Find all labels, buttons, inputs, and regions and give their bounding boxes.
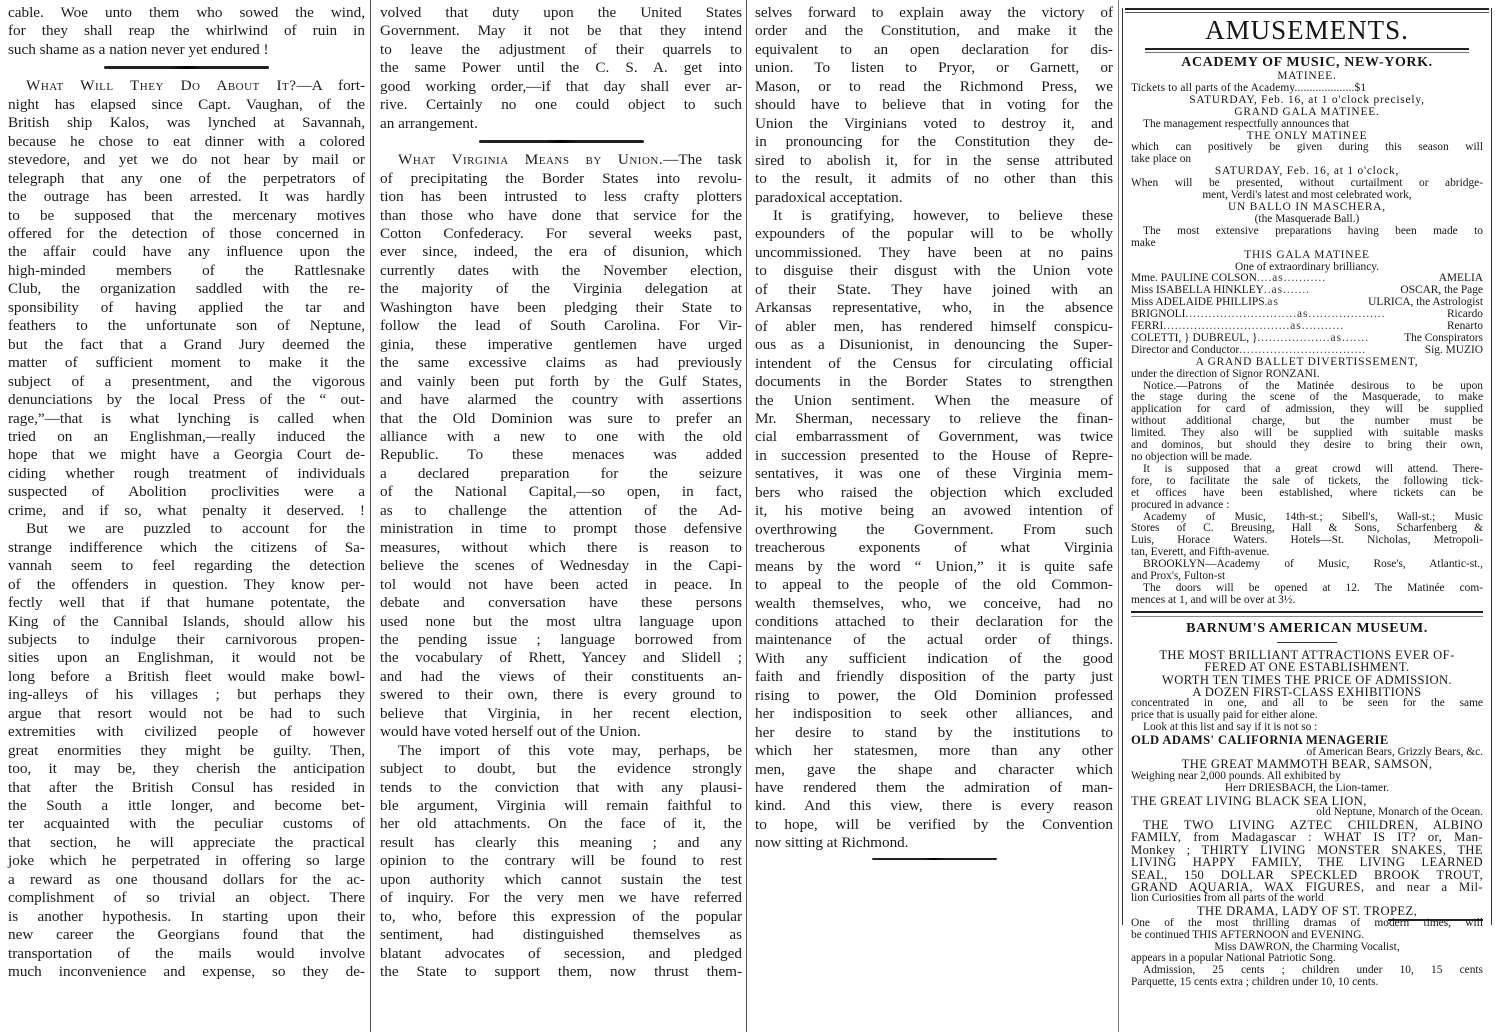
cast-list: Mme. PAULINE COLSON....as...........AMEL… <box>1131 273 1483 356</box>
text-line: argue that resort would not be had to su… <box>8 705 365 723</box>
text-line: the South a ittle longer, and become bet… <box>8 797 365 815</box>
text-line: ever since, indeed, the era of disunion,… <box>380 243 742 261</box>
text-line: new career the Georgians found that the <box>8 926 365 944</box>
barnum-heading: BARNUM'S AMERICAN MUSEUM. <box>1131 621 1483 637</box>
text-line: the majority of the Virginia delegation … <box>380 280 742 298</box>
text-line: to leave the adjustment of their quarrel… <box>380 41 742 59</box>
text-line: have rendered them the admiration of man… <box>755 779 1113 797</box>
text-line: an arrangement. <box>380 115 742 133</box>
text-line: What Will They Do About It?—A fort- <box>8 77 365 95</box>
text-line: which her statesmen, more than any other <box>755 742 1113 760</box>
text-line: the pending issue ; language borrowed fr… <box>380 631 742 649</box>
text-line: uncommissioned. They have been at no pai… <box>755 244 1113 262</box>
article-column-1: cable. Woe unto them who sowed the wind,… <box>8 4 365 982</box>
text-line: swered to their own, there is every grou… <box>380 686 742 704</box>
text-line: ginia, these imperative gentlemen have u… <box>380 336 742 354</box>
text-line: rive. Certainly no one could object to s… <box>380 96 742 114</box>
ad-text-line: mences at 1, and will be over at 3½. <box>1131 595 1483 607</box>
text-line: follow the lead of South Carolina. For V… <box>380 317 742 335</box>
text-line: believe the scenes of Wednesday in the C… <box>380 557 742 575</box>
ballet-direction: under the direction of Signor RONZANI. <box>1131 369 1483 381</box>
text-line: used none but the most ultra language up… <box>380 613 742 631</box>
doors-paragraph: The doors will be opened at 12. The Mati… <box>1131 583 1483 607</box>
text-line: in pronouncing for the Constitution they… <box>755 133 1113 151</box>
ad-text-line: FAMILY, from Madagascar : WHAT IS IT? or… <box>1131 831 1483 843</box>
barnum-museum-ad: BARNUM'S AMERICAN MUSEUM. THE MOST BRILL… <box>1123 621 1491 989</box>
text-line: the Union sentiment. When the measure of <box>755 392 1113 410</box>
text-line: bers who raised the objection which excl… <box>755 484 1113 502</box>
text-line: but the fact that a Grand Jury deemed th… <box>8 336 365 354</box>
text-line: documents in the Border States to streng… <box>755 373 1113 391</box>
text-line: volved that duty upon the United States <box>380 4 742 22</box>
text-line: stevedore, and yet we do not hear by mai… <box>8 151 365 169</box>
make-line: make <box>1131 238 1483 250</box>
text-line: and had the views of their constituents … <box>380 668 742 686</box>
text-line: to hope, will be verified by the Convent… <box>755 816 1113 834</box>
section-separator <box>872 858 997 860</box>
text-line: sentatives, it was one of these Virginia… <box>755 465 1113 483</box>
text-line: strange indifference which the citizens … <box>8 539 365 557</box>
notice-paragraph: Notice.—Patrons of the Matinée desirous … <box>1131 381 1483 464</box>
cast-leader: ...................as....... <box>1257 333 1404 345</box>
article-heading: What Will They Do About It? <box>26 77 297 94</box>
text-line: the State to support them, now thrust th… <box>380 963 742 981</box>
academy-of-music-ad: ACADEMY OF MUSIC, NEW-YORK. MATINEE. Tic… <box>1123 55 1491 607</box>
text-line: for they shall reap the whirlwind of rui… <box>8 22 365 40</box>
text-line: expounders of the popular will to be who… <box>755 225 1113 243</box>
text-line: to disguise their disgust with the Union… <box>755 262 1113 280</box>
text-line: tion has been intrusted to less crafty p… <box>380 188 742 206</box>
text-line: With any sufficient indication of the go… <box>755 650 1113 668</box>
text-line: blatant advocates of secession, and pled… <box>380 945 742 963</box>
text-line: ing-alleys of his villages ; but perhaps… <box>8 686 365 704</box>
this-gala-line: THIS GALA MATINEE <box>1131 250 1483 262</box>
text-line: and have alarmed the country with assert… <box>380 391 742 409</box>
section-separator <box>104 66 269 69</box>
article-paragraph: What Will They Do About It?—A fort-night… <box>8 77 365 520</box>
text-line: cable. Woe unto them who sowed the wind, <box>8 4 365 22</box>
text-line: cial embarrassment of Government, was tw… <box>755 428 1113 446</box>
short-rule <box>1277 642 1337 643</box>
text-line: the same Power until the C. S. A. get in… <box>380 59 742 77</box>
text-line: The import of this vote may, perhaps, be <box>380 742 742 760</box>
ad-text-line: et offices have been established, where … <box>1131 488 1483 500</box>
text-line: ble argument, Virginia will remain faith… <box>380 797 742 815</box>
cast-row: BRIGNOLI.............................as.… <box>1131 309 1483 321</box>
text-line: subject of a presentment, and the vigoro… <box>8 373 365 391</box>
end-rule <box>1388 919 1483 921</box>
article-paragraph: But we are puzzled to account for thestr… <box>8 520 365 981</box>
top-rule <box>1125 8 1489 10</box>
mammoth-line: THE GREAT MAMMOTH BEAR, SAMSON, <box>1131 758 1483 770</box>
text-line: faith and friendly disposition of the pa… <box>755 668 1113 686</box>
text-line: paradoxical acceptation. <box>755 189 1113 207</box>
text-line: treacherous exponents of what Virginia <box>755 539 1113 557</box>
text-line: tried on an Englishman,—really induced t… <box>8 428 365 446</box>
cast-leader: as <box>1267 297 1368 309</box>
text-line: her old attachments. On the face of it, … <box>380 815 742 833</box>
section-separator <box>479 140 644 143</box>
text-line: upon authority which cannot sustain the … <box>380 871 742 889</box>
ad-text-line: procured in advance : <box>1131 500 1483 512</box>
top-rule-thin <box>1125 12 1489 13</box>
text-line: alliance with a new to one with the old <box>380 428 742 446</box>
amusements-heading: AMUSEMENTS. <box>1123 15 1491 45</box>
text-line: opinion to the contrary will be found to… <box>380 852 742 870</box>
article-paragraph: volved that duty upon the United StatesG… <box>380 4 742 133</box>
text-line: night has elapsed since Capt. Vaughan, o… <box>8 96 365 114</box>
text-line: should have to believe that in voting fo… <box>755 96 1113 114</box>
section-rule <box>1131 611 1483 617</box>
text-line: measures, without which there is reason … <box>380 539 742 557</box>
column-rule <box>1118 0 1119 1032</box>
text-line: union. To listen to Pryor, or Garnett, o… <box>755 59 1113 77</box>
text-line: tol would not have been acted in peace. … <box>380 576 742 594</box>
text-line: extremities with civilized people of how… <box>8 723 365 741</box>
exhibitions-paragraph: THE TWO LIVING AZTEC CHILDREN, ALBINOFAM… <box>1131 819 1483 905</box>
text-line: tends to the conviction that with any pl… <box>380 779 742 797</box>
article-paragraph: What Virginia Means by Union.—The taskof… <box>380 151 742 742</box>
text-line: fectly well that if that humane potentat… <box>8 594 365 612</box>
article-paragraph: cable. Woe unto them who sowed the wind,… <box>8 4 365 59</box>
saturday-line: SATURDAY, Feb. 16, at 1 o'clock precisel… <box>1131 95 1483 107</box>
text-line: conditions attached to their declaration… <box>755 613 1113 631</box>
cast-name: Director and Conductor <box>1131 345 1239 357</box>
cast-leader: ................................. <box>1239 345 1425 357</box>
text-line: joke which he perpetrated in offering so… <box>8 852 365 870</box>
text-line: complishment of so trivial an object. Th… <box>8 889 365 907</box>
text-line: to appeal to the people of the old Commo… <box>755 576 1113 594</box>
text-line: in succession presented to the House of … <box>755 447 1113 465</box>
text-line: vannah seem to feel regarding the detect… <box>8 557 365 575</box>
text-line: a reward as one thousand dollars for the… <box>8 871 365 889</box>
text-line: hope that we might have a Georgia Court … <box>8 446 365 464</box>
text-line: rage,”—that is what lynching is called w… <box>8 410 365 428</box>
text-line: as to challenge the attention of the Ad- <box>380 502 742 520</box>
drama-line: THE DRAMA, LADY OF ST. TROPEZ, <box>1131 905 1483 917</box>
text-line: her indisposition to seek other alliance… <box>755 705 1113 723</box>
text-line: that the Old Dominion was sure to prefer… <box>380 410 742 428</box>
amusements-advertisement-column: AMUSEMENTS. ACADEMY OF MUSIC, NEW-YORK. … <box>1122 8 1492 925</box>
text-line: intendent of the Census for circulating … <box>755 355 1113 373</box>
text-line: to, who, before this expression of the p… <box>380 908 742 926</box>
text-line: matter of sufficient moment to make it t… <box>8 354 365 372</box>
column-rule <box>746 0 747 1032</box>
text-line: to the result, it admits of no other tha… <box>755 170 1113 188</box>
text-line: a declared preparation for the seizure <box>380 465 742 483</box>
text-line: is another hypothesis. In starting upon … <box>8 908 365 926</box>
text-line: ous as a Disunionist, in denouncing the … <box>755 336 1113 354</box>
parquette-line: Parquette, 15 cents extra ; children und… <box>1131 977 1483 989</box>
academy-heading: ACADEMY OF MUSIC, NEW-YORK. <box>1131 55 1483 71</box>
article-column-3: selves forward to explain away the victo… <box>755 4 1113 868</box>
text-line: currently dates with the November electi… <box>380 262 742 280</box>
article-column-2: volved that duty upon the United StatesG… <box>380 4 742 982</box>
text-line: selves forward to explain away the victo… <box>755 4 1113 22</box>
text-line: it, his motive being an avowed intention… <box>755 502 1113 520</box>
text-line: good working order,—if that day shall ev… <box>380 78 742 96</box>
text-line: high-minded members of the Rattlesnake <box>8 262 365 280</box>
text-line: that section, he will appreciate the pra… <box>8 834 365 852</box>
text-line: the vocabulary of Rhett, Yancey and Slid… <box>380 649 742 667</box>
text-line: ter acquainted with the peculiar customs… <box>8 815 365 833</box>
ad-text-line: LIVING HAPPY FAMILY, THE LIVING LEARNED <box>1131 856 1483 868</box>
heading-rule <box>1145 48 1469 53</box>
text-line: such shame as a nation never yet endured… <box>8 41 365 59</box>
article-paragraph: The import of this vote may, perhaps, be… <box>380 742 742 982</box>
cast-row: Director and Conductor..................… <box>1131 345 1483 357</box>
text-line: Republic. To these menaces was added <box>380 446 742 464</box>
text-line: now sitting at Richmond. <box>755 834 1113 852</box>
text-line: What Virginia Means by Union.—The task <box>380 151 742 169</box>
brooklyn-paragraph: BROOKLYN—Academy of Music, Rose's, Atlan… <box>1131 559 1483 583</box>
text-line: Mr. Sherman, necessary to relieve the fi… <box>755 410 1113 428</box>
text-line: of abler men, has rendered himself consp… <box>755 318 1113 336</box>
text-line: Club, the organization saddled with the … <box>8 280 365 298</box>
text-line: kind. And this view, there is every reas… <box>755 797 1113 815</box>
text-line: the same excessive claims as had previou… <box>380 354 742 372</box>
ad-text-line: fore, to facilitate the sale of tickets,… <box>1131 476 1483 488</box>
text-line: debate and conversation have these perso… <box>380 594 742 612</box>
article-paragraph: selves forward to explain away the victo… <box>755 4 1113 207</box>
text-line: sponsibility of having applied the tar a… <box>8 299 365 317</box>
text-line: It is gratifying, however, to believe th… <box>755 207 1113 225</box>
text-line: denunciations by the local Press of the … <box>8 391 365 409</box>
text-line: sentiment, had distinguished themselves … <box>380 926 742 944</box>
text-line: result has clearly this meaning ; and an… <box>380 834 742 852</box>
text-line: of precipitating the Border States into … <box>380 170 742 188</box>
text-line: offered for the detection of those conce… <box>8 225 365 243</box>
text-line: sired to abolish it, for in the sense at… <box>755 152 1113 170</box>
text-line: But we are puzzled to account for the <box>8 520 365 538</box>
text-line: the affair could have any influence upon… <box>8 243 365 261</box>
text-line: than those who have done that service fo… <box>380 207 742 225</box>
article-paragraph: It is gratifying, however, to believe th… <box>755 207 1113 853</box>
weighing-line: Weighing near 2,000 pounds. All exhibite… <box>1131 771 1483 783</box>
text-line: much inconvenience and expense, so they … <box>8 963 365 981</box>
text-line: would have voted herself out of the Unio… <box>380 723 742 741</box>
text-line: Cotton Confederacy. For several weeks pa… <box>380 225 742 243</box>
text-line: of their State. They have joined with an <box>755 281 1113 299</box>
cast-leader: .............................as.........… <box>1185 309 1447 321</box>
text-line: that after the British Consul has reside… <box>8 779 365 797</box>
text-line: of the National Capital,—so open, in fac… <box>380 483 742 501</box>
text-line: crime, and if so, what penalty it deserv… <box>8 502 365 520</box>
text-line: of inquiry. For the very men we have ref… <box>380 889 742 907</box>
brilliant-line-2: FERED AT ONE ESTABLISHMENT. <box>1131 661 1483 673</box>
text-line: Union the Virginians voted to destroy it… <box>755 115 1113 133</box>
management-line: The management respectfully announces th… <box>1131 119 1483 131</box>
text-line: ministration in time to prompt those def… <box>380 520 742 538</box>
text-line: sities upon an Englishman, it would not … <box>8 649 365 667</box>
article-heading: What Virginia Means by Union. <box>398 151 663 168</box>
continued-line: be continued THIS AFTERNOON and EVENING. <box>1131 930 1483 942</box>
text-line: her desire to stand by the institutions … <box>755 724 1113 742</box>
text-line: subject to doubt, but the evidence stron… <box>380 760 742 778</box>
column-rule <box>370 0 371 1032</box>
text-line: wealth themselves, who, we conceive, had… <box>755 595 1113 613</box>
text-line: British ship Kalos, was lynched at Savan… <box>8 114 365 132</box>
text-line: telegraph that any one of the perpetrato… <box>8 170 365 188</box>
text-line: long before a British fleet would make b… <box>8 668 365 686</box>
cast-role: Sig. MUZIO <box>1425 345 1483 357</box>
text-line: equivalent to an open declaration for di… <box>755 41 1113 59</box>
crowd-paragraph: It is supposed that a great crowd will a… <box>1131 464 1483 512</box>
text-line: too, it may be, they cherish the anticip… <box>8 760 365 778</box>
text-line: because he chose to eat dinner with a co… <box>8 133 365 151</box>
text-line: means by the word “ Union,” it is quite … <box>755 558 1113 576</box>
text-line: and vainly been put forth by the Gulf St… <box>380 373 742 391</box>
text-line: the outrage has been arrested. It was ha… <box>8 188 365 206</box>
text-line: feathers to the unfortunate son of Neptu… <box>8 317 365 335</box>
text-line: Mason, or to read the Richmond Press, we <box>755 78 1113 96</box>
menagerie-line: OLD ADAMS' CALIFORNIA MENAGERIE <box>1131 734 1483 746</box>
text-line: great enormities they might be guilty. T… <box>8 742 365 760</box>
text-line: to be supposed that the mercenary motive… <box>8 207 365 225</box>
text-line: of the offenders in question. They know … <box>8 576 365 594</box>
ballet-line: A GRAND BALLET DIVERTISSEMENT, <box>1131 357 1483 369</box>
text-line: subjects to indulge their carnivorous pr… <box>8 631 365 649</box>
text-line: suspected of Abolition proclivities were… <box>8 483 365 501</box>
text-line: believe that Virginia, in her recent ele… <box>380 705 742 723</box>
text-line: King of the Cannibal Islands, should all… <box>8 613 365 631</box>
text-line: men, gave the shape and character which <box>755 761 1113 779</box>
text-line: maintenance of the actual order of thing… <box>755 631 1113 649</box>
text-line: order and the Constitution, and make it … <box>755 22 1113 40</box>
grand-gala-line: GRAND GALA MATINEE. <box>1131 107 1483 119</box>
preparations-line: The most extensive preparations having b… <box>1131 226 1483 238</box>
text-line: rising to power, the Old Dominion profes… <box>755 687 1113 705</box>
text-line: Government. May it not be that they inte… <box>380 22 742 40</box>
opera-subtitle: (the Masquerade Ball.) <box>1131 214 1483 226</box>
text-line: Washington have been pledging their Stat… <box>380 299 742 317</box>
text-line: ciding whether rough treatment of indivi… <box>8 465 365 483</box>
herr-line: Herr DRIESBACH, the Lion-tamer. <box>1131 783 1483 795</box>
ticket-offices-paragraph: Academy of Music, 14th-st.; Sibell's, Wa… <box>1131 512 1483 560</box>
text-line: overthrowing the Government. From such <box>755 521 1113 539</box>
text-line: Arkansas representative, who, in the abs… <box>755 299 1113 317</box>
text-line: transportation of the mails would involv… <box>8 945 365 963</box>
